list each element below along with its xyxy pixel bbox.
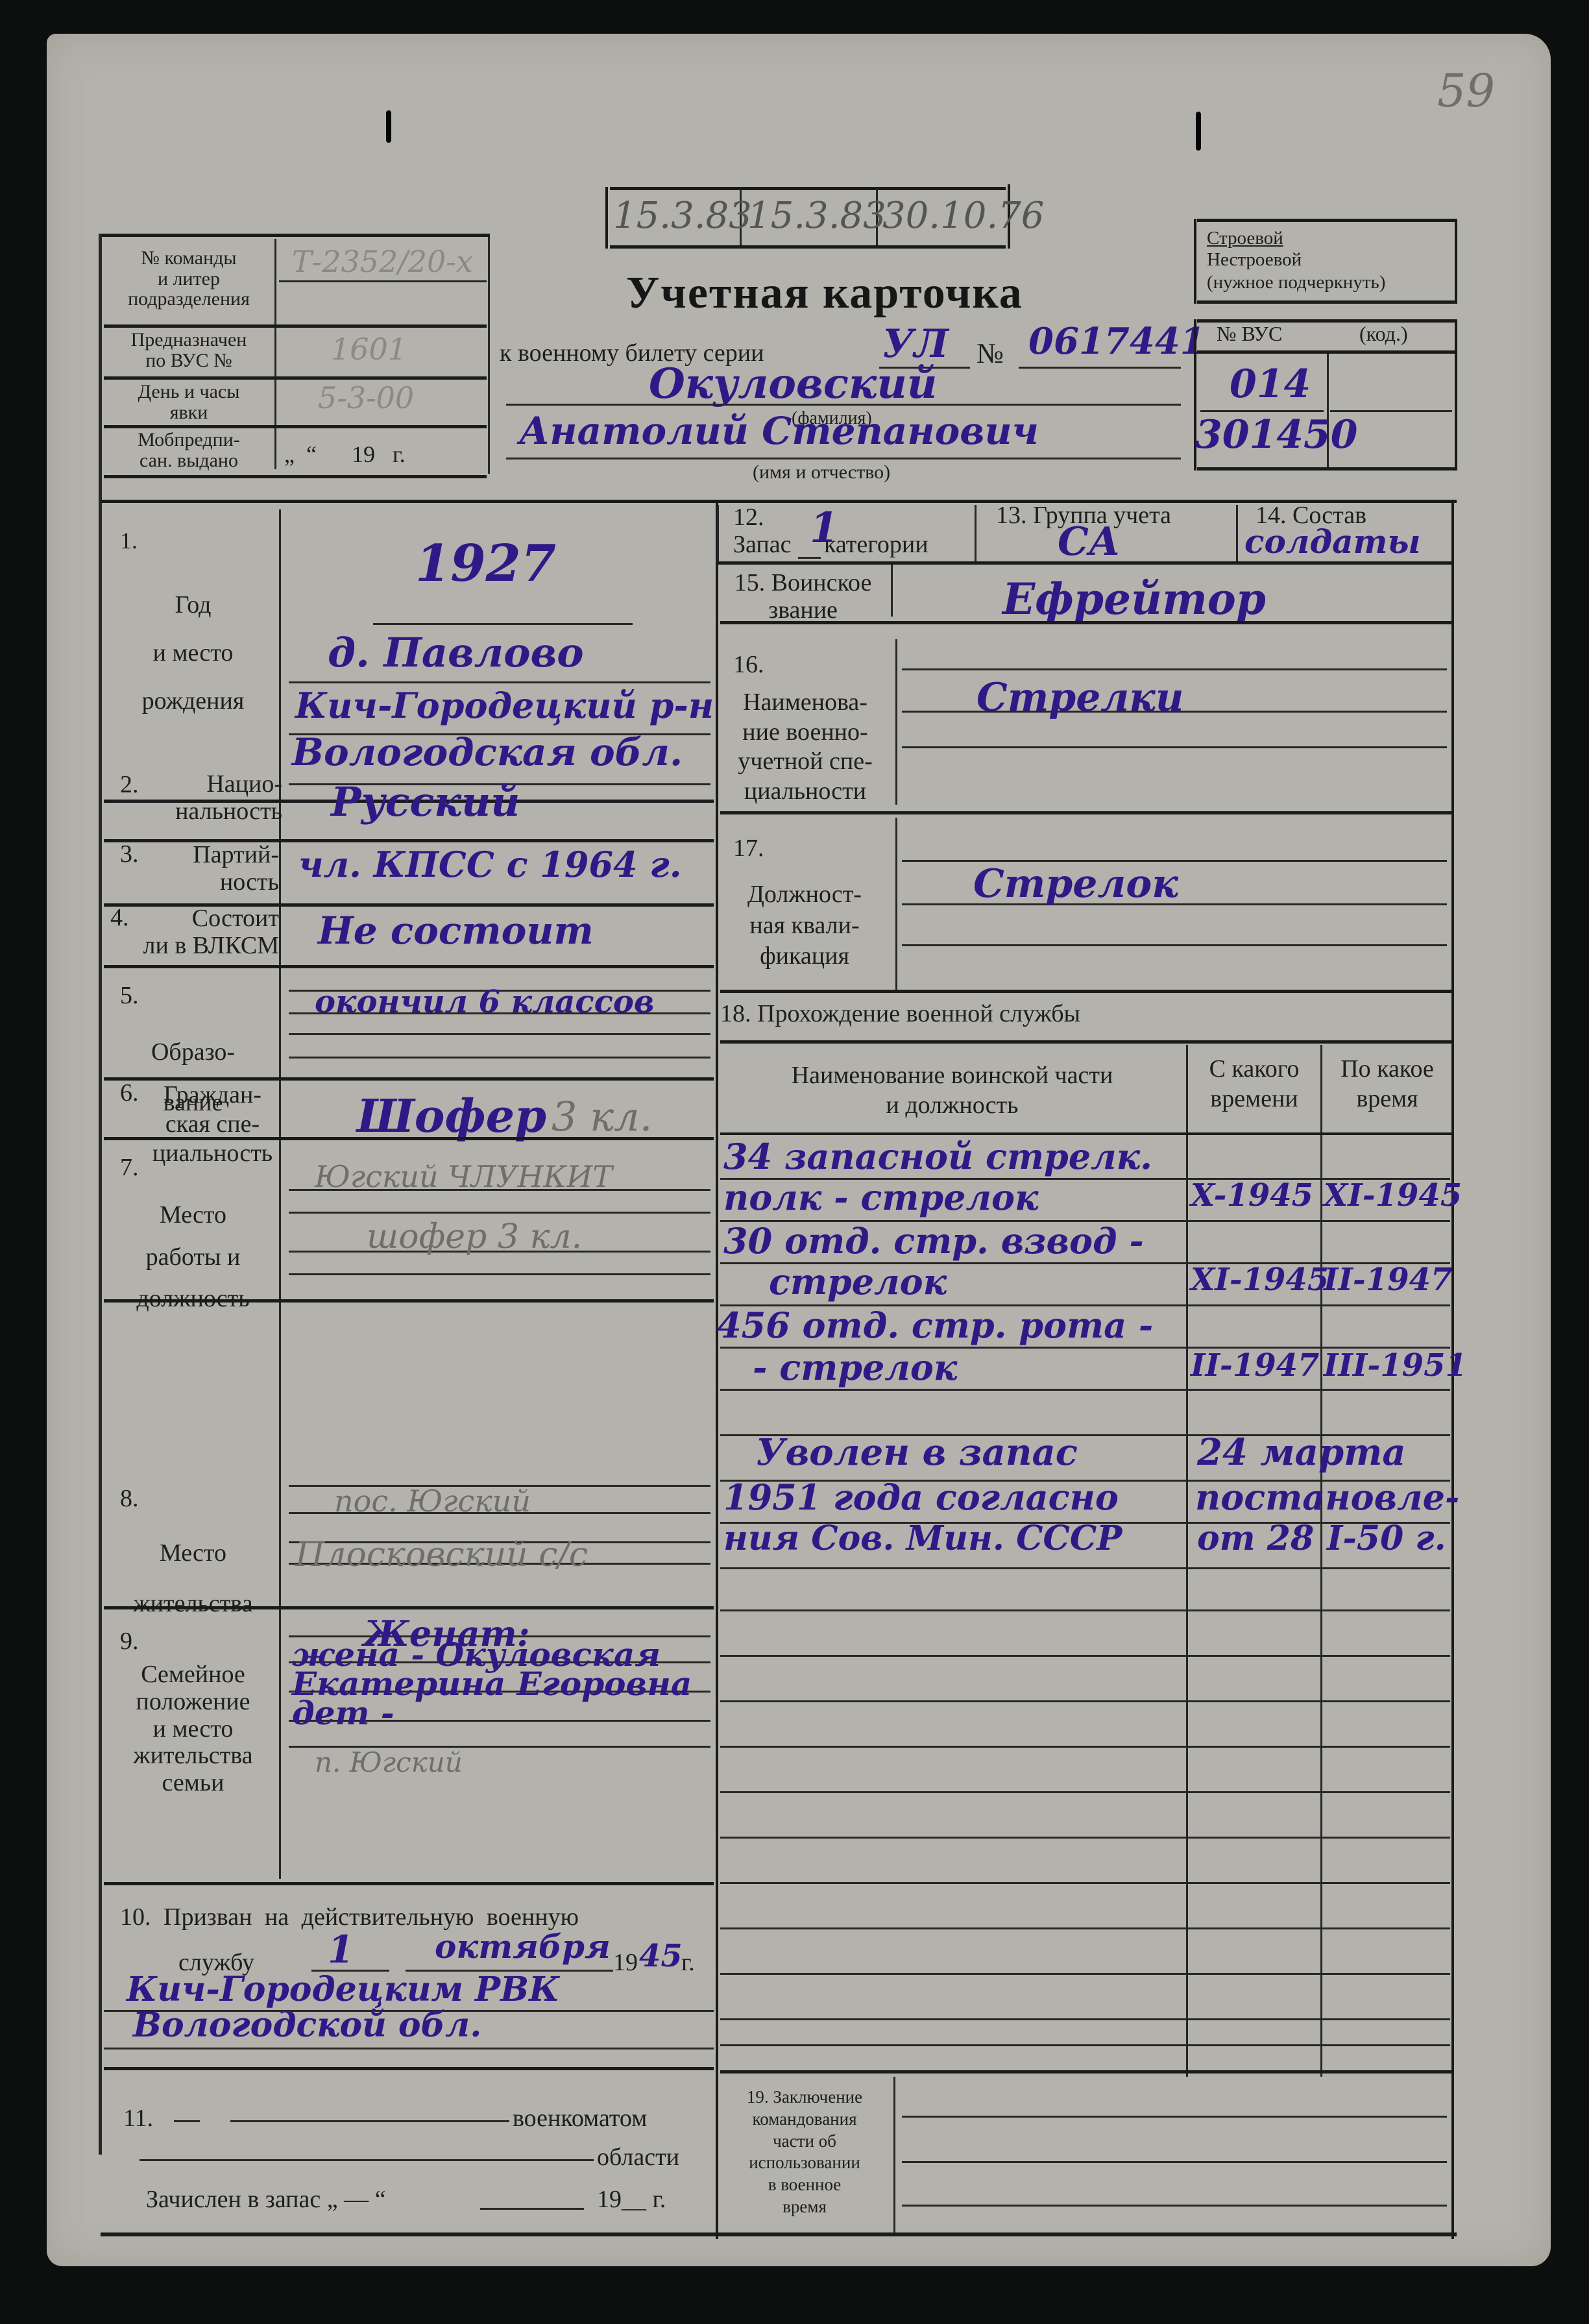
field-12-label-a: Запас [733,532,791,558]
field-5-number: 5. [120,983,139,1009]
civil-specialty-class: 3 кл. [552,1097,652,1137]
birth-year: 1927 [415,539,556,589]
value-vus-assigned: 1601 [331,334,407,364]
military-specialty: Стрелки [976,678,1184,717]
field-17-label: Должност- ная квали- фикация [720,879,889,972]
discharge-line: 1951 года согласно [723,1480,1119,1515]
residence-council: Плосковский с/с [295,1538,588,1572]
field-11-number: 11. [123,2106,153,2132]
family-residence: п. Югский [315,1749,463,1776]
voenkomat-label: военкоматом [513,2106,647,2132]
ticket-number-label: № [976,339,1004,369]
education: окончил 6 классов [315,986,654,1018]
discharge-line: I-50 г. [1327,1522,1446,1556]
service-unit-line: - стрелок [753,1350,957,1385]
vus-header: № ВУС [1217,323,1282,345]
ticket-series: УЛ [882,324,949,363]
discharge-line: 24 марта [1197,1434,1406,1471]
field-8-number: 8. [120,1486,139,1512]
punch-mark-right [1196,112,1201,151]
birth-place-district: Кич-Городецкий р-н [295,688,714,723]
discharge-line: Уволен в запас [756,1434,1078,1471]
conscription-month: октября [435,1931,611,1963]
value-team-number: Т-2352/20-х [292,247,473,276]
oblast-label: области [597,2145,679,2171]
vus-number: 014 [1230,365,1311,404]
field-4-label: Состоит ли в ВЛКСМ [107,905,279,960]
name-caption: (имя и отчество) [753,462,890,483]
field-12-label-b: категории [824,532,928,558]
service-to: XI-1945 [1324,1180,1462,1211]
field-9-number: 9. [120,1629,139,1655]
conscription-year-prefix: 19 [613,1950,638,1976]
military-rank: Ефрейтор [1002,578,1266,620]
conscripted-by-region: Вологодской обл. [133,2009,481,2042]
field-19-label: 19. Заключение командования части об исп… [717,2086,892,2218]
field-3-label: Партий- ность [146,842,279,896]
children: дет - [292,1697,394,1730]
conscripted-by: Кич-Городецким РВК [127,1973,559,2007]
service-from: X-1945 [1191,1180,1313,1211]
reserve-year: 19__ г. [597,2187,666,2213]
field-8-label: Место жительства [107,1528,279,1630]
value-mob-order: „ “ 19 г. [284,443,406,467]
personnel-category: солдаты [1244,526,1420,558]
position-qualification: Стрелок [973,864,1178,903]
field-16-label: Наименова- ние военно- учетной спе- циал… [714,688,897,806]
field-6-number: 6. [120,1081,139,1107]
service-unit-line: стрелок [769,1264,947,1299]
workplace: Югский ЧЛУНКИТ [315,1162,613,1192]
field-3-number: 3. [120,842,139,868]
stamp-date-2: 15.3.83 [747,198,886,234]
discharge-line: ния Сов. Мин. СССР [723,1522,1122,1556]
label-team-number: № команды и литер подразделения [105,248,273,310]
duty-type-line: Строевой [1207,228,1283,248]
field-9-label: Семейное положение и место жительства се… [107,1661,279,1797]
party-membership: чл. КПСС с 1964 г. [298,847,682,882]
service-unit-line: 30 отд. стр. взвод - [723,1223,1144,1258]
vus-code-header: (код.) [1359,323,1408,345]
birth-place-region: Вологодская обл. [292,733,683,771]
stamp-date-3: 30.10.76 [882,198,1044,234]
vus-code: 301450 [1195,415,1358,454]
stamp-date-1: 15.3.83 [613,198,752,234]
civil-specialty: Шофер [357,1094,546,1139]
service-unit-line: полк - стрелок [723,1180,1039,1215]
punch-mark-left [386,110,391,143]
field-7-number: 7. [120,1155,139,1181]
service-table-title: 18. Прохождение военной службы [720,1001,1080,1027]
residence-settlement: пос. Югский [334,1486,531,1516]
field-1-label: Год и место рождения [107,581,279,725]
conscription-year-g: г. [681,1950,695,1976]
duty-type-hint: (нужное подчеркнуть) [1207,273,1385,292]
birth-place-village: д. Павлово [328,633,584,673]
page-title: Учетная карточка [626,267,1023,319]
field-2-label: Нацио- нальность [146,771,282,826]
service-from: II-1947 [1191,1350,1319,1381]
conscription-day: 1 [328,1931,354,1968]
komsomol-status: Не состоит [318,912,594,949]
duty-type-line: Нестроевой [1207,250,1302,269]
name-patronymic: Анатолий Степанович [519,412,1039,450]
field-15-label: 15. Воинское звание [714,570,892,624]
service-from: XI-1945 [1191,1264,1329,1295]
service-to: II-1947 [1324,1264,1452,1295]
discharge-line: от 28 [1197,1522,1314,1556]
label-vus-assigned: Предназначен по ВУС № [105,330,273,371]
label-mob-order: Мобпредпи- сан. выдано [105,430,273,471]
column-header-to: По какое время [1322,1055,1452,1114]
reserve-date-label: Зачислен в запас „ — “ [146,2187,385,2213]
nationality: Русский [331,782,520,822]
field-16-number: 16. [733,652,764,678]
discharge-line: постановле- [1195,1480,1459,1515]
service-unit-line: 456 отд. стр. рота - [717,1308,1153,1343]
field-17-number: 17. [733,836,764,862]
value-report-day: 5-3-00 [318,383,414,413]
ticket-number: 0617441 [1028,323,1206,360]
column-header-from: С какого времени [1189,1055,1320,1114]
field-6-label: Граждан- ская спе- циальность [146,1081,279,1168]
surname: Окуловский [649,363,937,405]
field-12-number: 12. [733,505,764,531]
page-number: 59 [1437,68,1495,114]
column-header-unit: Наименование воинской части и должность [720,1061,1184,1120]
service-unit-line: 34 запасной стрелк. [723,1139,1152,1174]
job-position: шофер 3 кл. [367,1220,582,1254]
service-to: III-1951 [1324,1350,1467,1381]
conscription-year-suffix: 45 [639,1940,683,1972]
field-10-label: 10. Призван на действительную военную [120,1905,579,1931]
field-1-number: 1. [120,529,138,554]
registration-group: СА [1058,522,1121,561]
field-2-number: 2. [120,772,139,798]
label-report-day: День и часы явки [105,382,273,422]
